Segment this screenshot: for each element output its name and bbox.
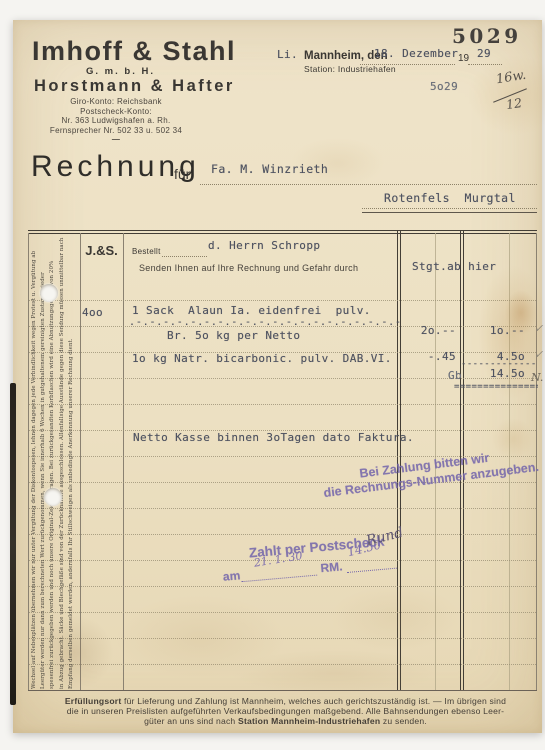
footer-bold-erfuellungsort: Erfüllungsort [65, 696, 122, 706]
typed-year: 29 [477, 47, 491, 60]
customer-underline [200, 184, 537, 185]
payment-terms: Netto Kasse binnen 3oTagen dato Faktura. [133, 431, 414, 444]
col-line-left [28, 233, 29, 690]
scanned-invoice: Imhoff & Stahl G. m. b. H. Horstmann & H… [0, 0, 545, 750]
ruled-line [29, 638, 536, 639]
location-underline-solid [362, 212, 537, 213]
table-bottom-line [28, 690, 537, 691]
invoice-number-stamp: 5029 [452, 24, 522, 48]
item-sub-description: Br. 5o kg per Netto [167, 329, 300, 342]
punch-hole-top [40, 284, 58, 302]
footer-text: für Lieferung und Zahlung ist Mannheim, … [121, 696, 506, 706]
year-prefix: 19 [458, 53, 469, 64]
col-line-price-a [397, 230, 398, 690]
shipping-note: Stgt.ab hier [412, 260, 496, 273]
bank-line: Nr. 363 Ludwigshafen a. Rh. [35, 116, 197, 126]
footer-terms: Erfüllungsort für Lieferung und Zahlung … [34, 697, 537, 726]
ordered-label: Bestellt [132, 247, 161, 256]
title-fuer: für [174, 166, 190, 182]
bank-line: Fernsprecher Nr. 502 33 u. 502 34 [35, 126, 197, 136]
pencil-note-bottom: 12 [505, 95, 523, 112]
item-divider: .-.-.-.-.-.-.-.-.-.-.-.-.-.-.-.-.-.-.-.-… [129, 317, 403, 328]
station-line: Station: Industriehafen [304, 64, 396, 74]
paid-stamp-am: am [222, 568, 240, 583]
amount-value: 1o.-- [463, 324, 525, 337]
terms-line: Wechsel auf Nebenplätzen übernehmen wir … [30, 233, 39, 689]
ruled-line [29, 508, 536, 509]
year-underline [468, 64, 502, 65]
company-name: Imhoff & Stahl [32, 36, 236, 67]
total-amount: 14.5o [463, 367, 525, 380]
brand-mark: J.&S. [80, 243, 123, 258]
letterhead-divider: — [35, 135, 197, 145]
price-value: 2o.-- [398, 324, 456, 337]
price-value-2: -.45 [398, 350, 456, 363]
bank-line: Postscheck-Konto: [35, 107, 197, 117]
typed-date: 18. Dezember [374, 47, 458, 60]
ordered-value: d. Herrn Schropp [208, 239, 320, 252]
paper-edge-shadow [10, 383, 16, 705]
send-line: Senden Ihnen auf Ihre Rechnung und Gefah… [139, 263, 358, 273]
typed-ref: Li. [277, 48, 298, 61]
col-line-sidebar [80, 233, 81, 690]
footer-line-3: güter an uns sind nach Station Mannheim-… [34, 717, 537, 727]
check-mark-2: ✓ [534, 348, 543, 361]
footer-bold-station: Station Mannheim-Industriehafen [238, 716, 380, 726]
total-mark: N. [531, 371, 543, 384]
col-line-qty [123, 233, 124, 690]
customer-name: Fa. M. Winzrieth [211, 162, 328, 176]
col-line-price-b [400, 230, 401, 690]
location-underline-dotted [362, 208, 537, 209]
ruled-line [29, 664, 536, 665]
ordered-underline [162, 256, 207, 257]
footer-text: güter an uns sind nach [144, 716, 238, 726]
total-prefix: Gb [448, 369, 462, 382]
ruled-line [29, 300, 536, 301]
bank-line: Giro-Konto: Reichsbank [35, 97, 197, 107]
terms-line: in Abzug gebracht. Säcke und Blechgefäße… [58, 233, 67, 689]
check-mark: ✓ [534, 322, 543, 335]
item-description-2: 1o kg Natr. bicarbonic. pulv. DAB.VI. [132, 352, 392, 365]
punch-hole-bottom [44, 488, 62, 506]
ruled-line [29, 534, 536, 535]
ruled-line [29, 612, 536, 613]
paid-stamp-rm-line [347, 568, 397, 573]
typed-invoice-number: 5o29 [430, 80, 458, 93]
company-partners: Horstmann & Hafter [34, 77, 235, 96]
total-divider-bottom: =============== [454, 382, 538, 392]
paid-stamp-rm: RM. [320, 559, 343, 575]
terms-sidebar: Wechsel auf Nebenplätzen übernehmen wir … [30, 233, 78, 689]
footer-text: zu senden. [380, 716, 427, 726]
ruled-line [29, 404, 536, 405]
paid-stamp-am-line [241, 575, 317, 583]
terms-line: Empfang derselben gemeldet werden, ander… [67, 233, 76, 689]
company-legal-form: G. m. b. H. [86, 66, 155, 77]
item-quantity: 4oo [82, 306, 103, 319]
customer-location: Rotenfels Murgtal [384, 191, 516, 205]
bank-details: Giro-Konto: Reichsbank Postscheck-Konto:… [35, 97, 197, 145]
item-description: 1 Sack Alaun Ia. eidenfrei pulv. [132, 304, 371, 317]
